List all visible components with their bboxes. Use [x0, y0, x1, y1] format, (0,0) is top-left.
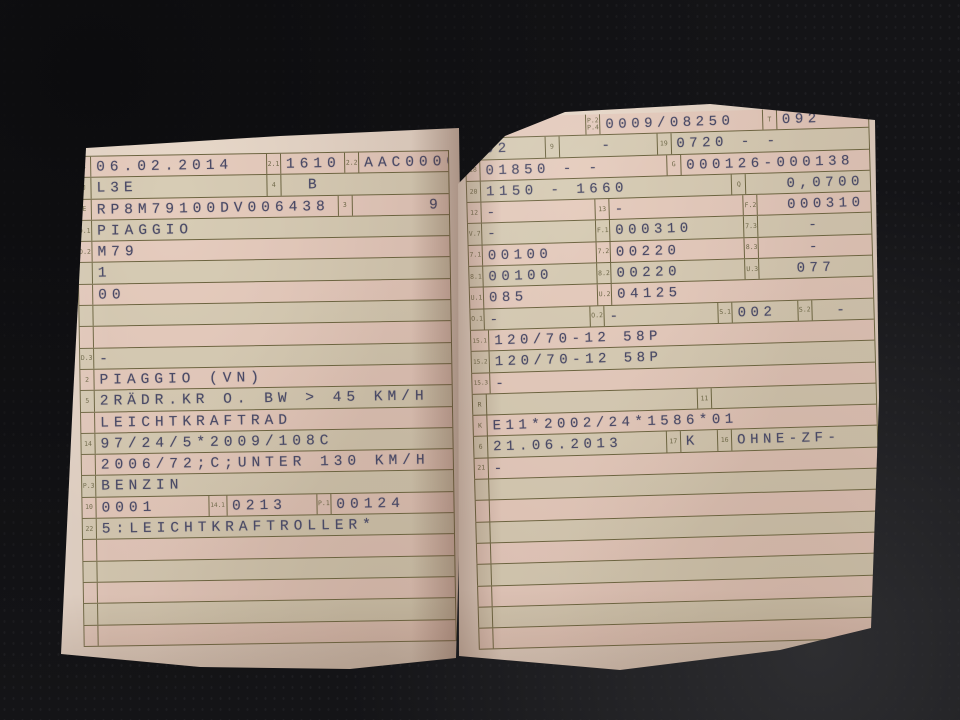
- field-label: 8.1: [468, 267, 484, 288]
- field-value: 02: [480, 137, 545, 159]
- field-label: 2.2: [344, 153, 359, 174]
- field-value: -: [758, 213, 871, 236]
- right-page-field-table: P.2 P.40009/08250T092L029-190720 - -1801…: [464, 107, 884, 651]
- field-label: S.1: [717, 302, 733, 323]
- field-label: U.2: [597, 284, 613, 305]
- photo-background: B06.02.20142.116102.2AAC00002 0JL3E4BERP…: [0, 0, 960, 720]
- field-value: -: [559, 134, 656, 157]
- ruled-line: [83, 620, 455, 647]
- field-label: 15.3: [471, 373, 491, 394]
- field-label: B: [76, 157, 91, 178]
- field-label: 8.2: [596, 263, 612, 284]
- field-label: D.1: [77, 221, 92, 242]
- field-value: -: [812, 298, 874, 320]
- field-label: [83, 604, 98, 625]
- field-value: 00220: [611, 259, 745, 283]
- field-label: 16: [717, 430, 733, 451]
- field-value: K: [681, 431, 718, 452]
- field-value: -: [759, 234, 872, 257]
- field-value: 06.02.2014: [91, 154, 266, 177]
- field-label: [80, 412, 95, 433]
- field-value: 002: [732, 300, 797, 322]
- field-label: P.1: [316, 494, 331, 515]
- field-label: K: [472, 416, 488, 437]
- field-value: RP8M79100DV006438: [92, 195, 338, 219]
- field-label: 9: [544, 137, 560, 158]
- field-label: 15.1: [470, 330, 490, 351]
- field-label: D.2: [77, 242, 92, 263]
- field-label: 7.3: [743, 216, 759, 237]
- field-label: 18: [465, 160, 481, 181]
- field-value: 9: [352, 194, 449, 216]
- field-label: 3: [337, 195, 352, 216]
- field-label: D.3: [79, 348, 94, 369]
- field-label: [83, 625, 98, 646]
- field-label: 2: [79, 370, 94, 391]
- field-label: 14: [80, 434, 95, 455]
- field-value: -: [604, 303, 718, 326]
- field-label: 6: [473, 437, 489, 458]
- field-label: [82, 540, 97, 561]
- field-value: 00100: [483, 242, 597, 265]
- registration-document-right-page: P.2 P.40009/08250T092L029-190720 - -1801…: [450, 98, 880, 698]
- field-label: [475, 522, 491, 543]
- field-value: OHNE-ZF-: [732, 426, 877, 450]
- field-label: 7.1: [468, 245, 484, 266]
- field-label: 7.2: [596, 242, 612, 263]
- field-label: P.3: [81, 476, 96, 497]
- field-value: AAC00002 0: [359, 151, 448, 173]
- field-label: G: [666, 155, 682, 176]
- field-label: L: [465, 139, 481, 160]
- field-label: F.2: [743, 195, 759, 216]
- field-label: [476, 565, 492, 586]
- field-label: 14.1: [208, 495, 227, 516]
- field-value: 0001: [96, 496, 208, 518]
- field-label: [474, 479, 490, 500]
- field-value: [348, 172, 449, 194]
- field-value: 00100: [483, 263, 597, 286]
- field-label: 12: [466, 203, 482, 224]
- field-label: 17: [666, 432, 682, 453]
- field-value: [98, 620, 455, 646]
- field-label: R: [472, 394, 488, 415]
- field-label: [478, 629, 494, 650]
- field-label: 13: [594, 199, 610, 220]
- field-label: 19: [656, 134, 672, 155]
- field-label: [78, 306, 93, 327]
- field-label: U.3: [744, 259, 760, 280]
- field-label: F.1: [595, 220, 611, 241]
- field-value: 00220: [611, 238, 745, 262]
- registration-document-left-page: B06.02.20142.116102.2AAC00002 0JL3E4BERP…: [50, 118, 465, 678]
- field-label: S.2: [797, 300, 813, 321]
- field-label: 11: [697, 388, 713, 409]
- field-label: U.1: [469, 288, 485, 309]
- field-label: 20: [466, 181, 482, 202]
- field-label: O.2: [589, 306, 605, 327]
- field-label: [78, 285, 93, 306]
- field-value: 000310: [758, 192, 871, 215]
- field-label: 4: [266, 175, 281, 196]
- field-label: 15.2: [471, 352, 491, 373]
- field-label: [81, 455, 96, 476]
- row-spacer: [464, 115, 586, 139]
- field-label: [475, 501, 491, 522]
- field-value: 0213: [227, 494, 317, 516]
- field-label: E: [77, 199, 92, 220]
- field-value: -: [481, 200, 595, 223]
- field-value: -: [482, 221, 596, 244]
- field-value: 00124: [331, 492, 453, 514]
- field-label: P.2 P.4: [585, 114, 601, 135]
- field-value: 085: [484, 285, 598, 308]
- field-label: [476, 543, 492, 564]
- field-label: 22: [82, 519, 97, 540]
- field-label: 10: [81, 497, 96, 518]
- field-label: [82, 561, 97, 582]
- field-value: -: [484, 306, 590, 329]
- field-label: Q: [731, 174, 747, 195]
- field-value: L3E: [91, 175, 266, 198]
- field-label: J: [76, 178, 91, 199]
- field-label: 21: [474, 458, 490, 479]
- field-label: 5: [80, 391, 95, 412]
- field-value: 1610: [281, 153, 345, 174]
- field-value: B: [281, 174, 348, 195]
- field-value: -: [609, 195, 743, 219]
- field-label: [79, 327, 94, 348]
- field-value: 077: [759, 256, 872, 279]
- field-label: O.1: [469, 309, 485, 330]
- field-label: V.7: [467, 224, 483, 245]
- field-label: [78, 263, 93, 284]
- field-value: 000310: [610, 217, 744, 241]
- field-value: 0,0700: [746, 171, 870, 195]
- field-label: [478, 607, 494, 628]
- field-value: 092: [777, 107, 869, 130]
- field-label: [83, 583, 98, 604]
- field-label: 2.1: [266, 154, 281, 175]
- field-label: 8.3: [744, 238, 760, 259]
- left-page-field-table: B06.02.20142.116102.2AAC00002 0JL3E4BERP…: [76, 150, 457, 647]
- field-label: [477, 586, 493, 607]
- field-label: T: [762, 109, 778, 130]
